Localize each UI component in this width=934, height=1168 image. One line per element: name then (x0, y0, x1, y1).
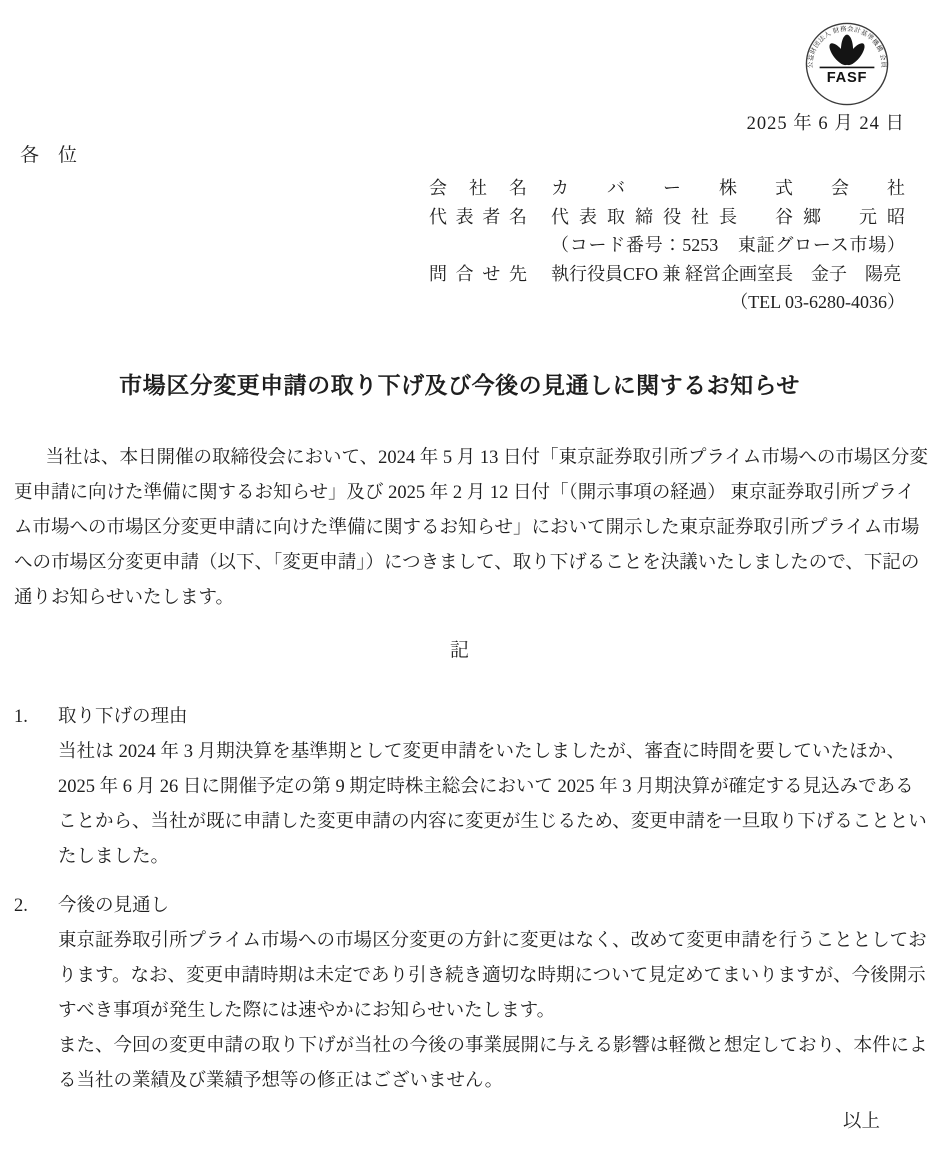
section-number: 2. (14, 889, 58, 924)
info-gap (527, 203, 551, 232)
section-number: 1. (14, 700, 58, 735)
info-label (429, 231, 527, 260)
info-label: 問合せ先 (429, 260, 527, 289)
section-heading-row: 2. 今後の見通し (14, 889, 905, 924)
info-row-company-name: 会社名 カバー株式会社 (429, 174, 905, 203)
paragraph-line: 東京証券取引所プライム市場への市場区分変更の方針に変更はなく、改めて変更申請を行… (58, 924, 905, 959)
info-gap (527, 231, 551, 260)
info-gap (527, 288, 551, 317)
info-value: 代表取締役社長 谷郷 元昭 (551, 203, 905, 232)
info-gap (527, 174, 551, 203)
paragraph-line: たしました。 (58, 840, 905, 875)
info-gap (527, 260, 551, 289)
paragraph-line: 通りお知らせいたします。 (14, 581, 905, 616)
info-value: カバー株式会社 (551, 174, 905, 203)
info-label: 代表者名 (429, 203, 527, 232)
info-row-representative: 代表者名 代表取締役社長 谷郷 元昭 (429, 203, 905, 232)
info-row-stock-code: （コード番号：5253 東証グロース市場） (429, 231, 905, 260)
page-title: 市場区分変更申請の取り下げ及び今後の見通しに関するお知らせ (14, 369, 905, 403)
section-body: 当社は 2024 年 3 月期決算を基準期として変更申請をいたしましたが、審査に… (58, 735, 905, 875)
paragraph-line: 更申請に向けた準備に関するお知らせ」及び 2025 年 2 月 12 日付「（開… (14, 476, 905, 511)
fasf-member-seal-icon: 公益財団法人 財務会計基準機構 会員 FASF (803, 20, 891, 108)
paragraph-line: 当社は、本日開催の取締役会において、2024 年 5 月 13 日付「東京証券取… (14, 441, 905, 476)
paragraph-line: ります。なお、変更申請時期は未定であり引き続き適切な時期について見定めてまいりま… (58, 959, 905, 994)
paragraph-line: への市場区分変更申請（以下、「変更申請」）につきまして、取り下げることを決議いた… (14, 546, 905, 581)
info-label: 会社名 (429, 174, 527, 203)
section-future-outlook: 2. 今後の見通し 東京証券取引所プライム市場への市場区分変更の方針に変更はなく… (14, 889, 905, 1099)
document-page: 公益財団法人 財務会計基準機構 会員 FASF 2025 年 6 月 24 日 … (0, 0, 934, 1168)
logo-area: 公益財団法人 財務会計基準機構 会員 FASF (14, 20, 905, 108)
section-body: 東京証券取引所プライム市場への市場区分変更の方針に変更はなく、改めて変更申請を行… (58, 924, 905, 1099)
notice-marker: 記 (14, 638, 905, 664)
info-row-telephone: （TEL 03-6280-4036） (429, 288, 905, 317)
info-value: （コード番号：5253 東証グロース市場） (551, 231, 905, 260)
info-value: （TEL 03-6280-4036） (551, 288, 905, 317)
paragraph-line: ことから、当社が既に申請した変更申請の内容に変更が生じるため、変更申請を一旦取り… (58, 805, 905, 840)
closing-label: 以上 (14, 1107, 905, 1137)
section-withdrawal-reason: 1. 取り下げの理由 当社は 2024 年 3 月期決算を基準期として変更申請を… (14, 700, 905, 875)
intro-paragraph: 当社は、本日開催の取締役会において、2024 年 5 月 13 日付「東京証券取… (14, 441, 905, 616)
info-label (429, 288, 527, 317)
paragraph-line: また、今回の変更申請の取り下げが当社の今後の事業展開に与える影響は軽微と想定して… (58, 1029, 905, 1064)
paragraph-line: すべき事項が発生した際には速やかにお知らせいたします。 (58, 994, 905, 1029)
section-heading-row: 1. 取り下げの理由 (14, 700, 905, 735)
section-heading: 今後の見通し (58, 889, 169, 924)
paragraph-line: る当社の業績及び業績予想等の修正はございません。 (58, 1064, 905, 1099)
paragraph-line: ム市場への市場区分変更申請に向けた準備に関するお知らせ」において開示した東京証券… (14, 511, 905, 546)
section-heading: 取り下げの理由 (58, 700, 188, 735)
info-value: 執行役員CFO 兼 経営企画室長 金子 陽亮 (551, 260, 905, 289)
document-date: 2025 年 6 月 24 日 (14, 112, 905, 136)
seal-acronym-label: FASF (827, 70, 868, 86)
paragraph-line: 当社は 2024 年 3 月期決算を基準期として変更申請をいたしましたが、審査に… (58, 735, 905, 770)
paragraph-line: 2025 年 6 月 26 日に開催予定の第 9 期定時株主総会において 202… (58, 770, 905, 805)
info-row-contact: 問合せ先 執行役員CFO 兼 経営企画室長 金子 陽亮 (429, 260, 905, 289)
recipients-label: 各 位 (20, 144, 905, 168)
company-info: 会社名 カバー株式会社 代表者名 代表取締役社長 谷郷 元昭 （コード番号：52… (429, 174, 905, 317)
